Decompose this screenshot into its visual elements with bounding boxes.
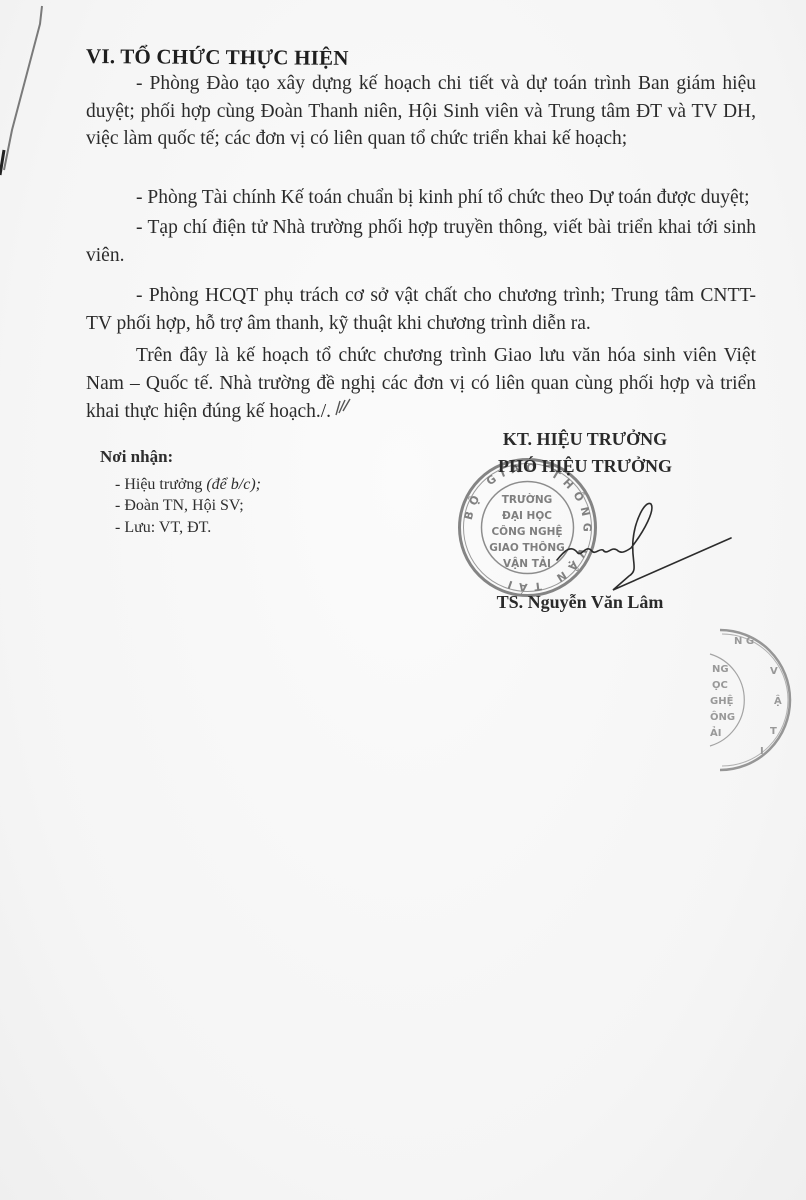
recipient-text: - Đoàn TN, Hội SV; (115, 497, 244, 514)
svg-text:I: I (760, 746, 764, 757)
signer-name: TS. Nguyễn Văn Lâm (460, 592, 700, 613)
recipient-text: - Lưu: VT, ĐT. (115, 519, 211, 536)
recipients-block: Nơi nhận: - Hiệu trưởng (để b/c); - Đoàn… (100, 446, 261, 538)
paragraph-text: - Phòng HCQT phụ trách cơ sở vật chất ch… (86, 285, 756, 334)
document-page: VI. TỔ CHỨC THỰC HIỆN - Phòng Đào tạo xâ… (0, 0, 806, 1200)
stamp-line: ÔNG (710, 710, 735, 723)
stamp-line: ỌC (712, 680, 728, 691)
stamp-line: VẬN TẢI (503, 556, 551, 570)
svg-text:Ậ: Ậ (774, 694, 782, 707)
recipient-item: - Lưu: VT, ĐT. (100, 517, 261, 539)
recipient-item: - Hiệu trưởng (để b/c); (100, 474, 261, 496)
section-heading: VI. TỔ CHỨC THỰC HIỆN (86, 44, 349, 71)
paragraph-text: - Phòng Đào tạo xây dựng kế hoạch chi ti… (86, 73, 756, 149)
stamp-line: TRƯỜNG (502, 493, 553, 506)
stamp-line: GHỆ (710, 694, 734, 707)
recipients-label: Nơi nhận: (100, 446, 261, 468)
initial-mark-icon (333, 397, 353, 426)
signature-title-line2: PHÓ HIỆU TRƯỞNG (450, 453, 720, 480)
svg-text:V: V (770, 666, 778, 677)
stamp-line: GIAO THÔNG (489, 541, 565, 554)
stamp-line: ẢI (710, 725, 721, 739)
handwritten-signature-icon (555, 490, 735, 600)
stamp-line: CÔNG NGHỆ (491, 525, 562, 538)
paragraph-text: - Phòng Tài chính Kế toán chuẩn bị kinh … (136, 187, 750, 208)
paragraph-conclusion: Trên đây là kế hoạch tổ chức chương trìn… (86, 342, 756, 426)
svg-text:T: T (770, 726, 777, 737)
recipient-item: - Đoàn TN, Hội SV; (100, 495, 261, 517)
stamp-line: ĐẠI HỌC (502, 510, 552, 522)
paragraph-admin-dept: - Phòng HCQT phụ trách cơ sở vật chất ch… (86, 282, 756, 337)
signature-title: KT. HIỆU TRƯỞNG PHÓ HIỆU TRƯỞNG (450, 426, 720, 480)
paragraph-training-dept: - Phòng Đào tạo xây dựng kế hoạch chi ti… (86, 70, 756, 153)
recipient-note: (để b/c); (206, 476, 261, 493)
paragraph-text: - Tạp chí điện tử Nhà trường phối hợp tr… (86, 217, 756, 266)
paragraph-text: Trên đây là kế hoạch tổ chức chương trìn… (86, 345, 756, 422)
signature-title-line1: KT. HIỆU TRƯỞNG (450, 426, 720, 453)
paragraph-e-journal: - Tạp chí điện tử Nhà trường phối hợp tr… (86, 214, 756, 269)
scan-margin-line (0, 0, 50, 200)
partial-seal-icon: N G V Ậ T I NG ỌC GHỆ ÔNG ẢI (700, 622, 800, 777)
paragraph-finance-dept: - Phòng Tài chính Kế toán chuẩn bị kinh … (86, 184, 756, 212)
stamp-line: NG (712, 664, 729, 675)
recipient-text: - Hiệu trưởng (115, 476, 206, 493)
svg-text:N G: N G (734, 636, 754, 647)
